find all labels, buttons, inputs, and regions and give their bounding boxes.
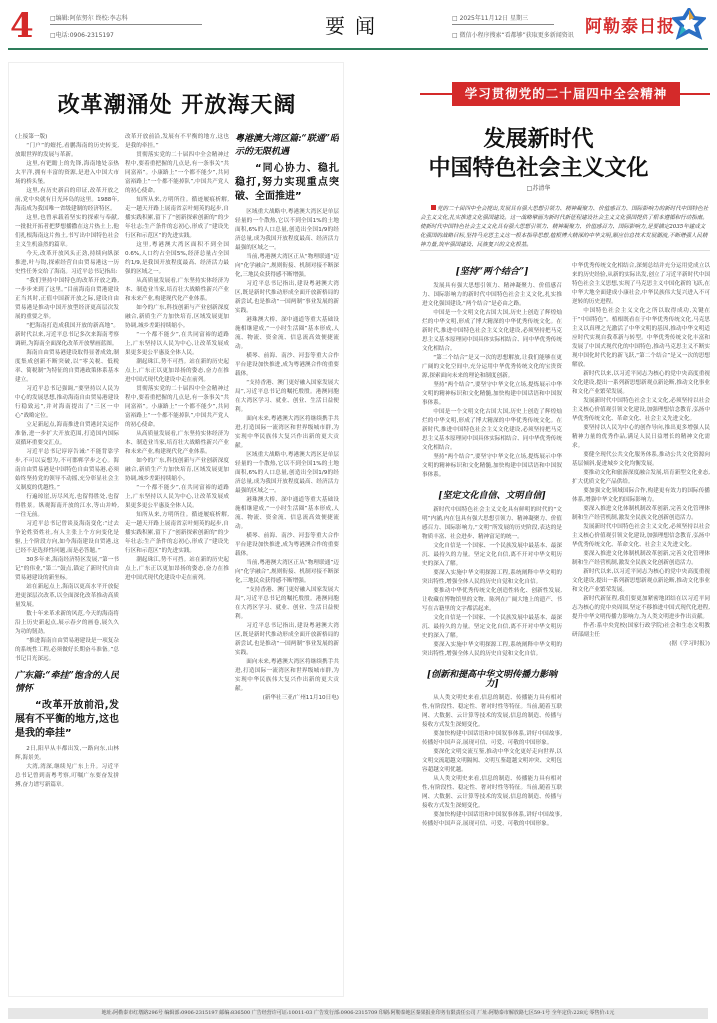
- paragraph: 知所从来,方明所往。循迹履痕析解,走一趟天开路上展南省京叶刻英的起步,自播实践积…: [125, 196, 229, 241]
- paragraph: 要加快构建中国话语和中国叙事体系,讲好中国故事,传播好中国声音,展现可信、可爱、…: [422, 811, 562, 829]
- lead-text: 党的二十届四中全会提出,发展具有强大思想引领力、精神凝聚力、价值感召力、国际影响…: [420, 206, 708, 248]
- paragraph: 如今的广东,科技创新与产业创新深度融合,新质生产力加快培育,区域发展更加协调,城…: [125, 304, 229, 331]
- paragraph: 当前,粤港澳大湾区正从“物理联通”迈向“化学融合”,规则衔接、机制对接不断深化,…: [235, 559, 339, 586]
- subsection-heading: 粤港澳大湾区篇:“联通”昭示的无限机遇: [235, 133, 339, 159]
- paragraph: “一个都不能少”,在共同富裕的道路上,广东坚持以人民为中心,让改革发展成果更多更…: [125, 331, 229, 358]
- paragraph: 潮起珠江,势不可挡。站在新的历史起点上,广东正以更加昂扬的姿态,奋力在推进中国式…: [125, 556, 229, 583]
- paragraph: 这里,粤港澳大湾区面积不到全国0.6%,人口约占全国5%,经济总量占全国约1/9…: [125, 241, 229, 277]
- paragraph: 潮起珠江,势不可挡。站在新的历史起点上,广东正以更加昂扬的姿态,奋力在推进中国式…: [125, 358, 229, 385]
- paragraph: 发展新时代中国特色社会主义文化,必须坚持以社会主义核心价值观引领文化建设,加强理…: [572, 397, 710, 424]
- header-divider: [452, 24, 554, 25]
- article-headline: 发展新时代 中国特色社会主义文化: [360, 125, 717, 183]
- paragraph: 中国是一个文明文化古国大国,历史上创造了辉煌灿烂的中华文明,形成了博大精深的中华…: [422, 408, 562, 453]
- paragraph: 要深入推进文化体制机制改革创新,完善文化管理体制和生产经营机制,激发全民族文化创…: [572, 505, 710, 523]
- page-header: 4 □编辑:阿依努尔 终校:李志科 □电话:0906-2315197 要闻 □ …: [0, 0, 717, 50]
- lead-divider: [420, 250, 710, 251]
- paragraph: 要推动文化和旅游深度融合发展,培育新型文化业态,扩大优质文化产品供给。: [572, 469, 710, 487]
- topic-banner-label: 学习贯彻党的二十届四中全会精神: [452, 82, 680, 106]
- article-source: (据《学习时报》): [572, 640, 710, 649]
- paragraph: 习近平总书记谆谆告诫:“不能背靠学步,不可以妄想为,不可邯郸学步之心。海南自由贸…: [15, 448, 119, 493]
- article-column-3: 粤港澳大湾区篇:“联通”昭示的无限机遇 “同心协力、稳扎稳打,努力实现重点突破、…: [235, 133, 339, 993]
- editor-credit: □编辑:阿依努尔 终校:李志科: [50, 13, 128, 22]
- paragraph: 改革开放前沿,发展有不平衡的地方,这也是我的牵挂。”: [125, 133, 229, 151]
- right-column-2: 中华优秀传统文化相结合,深刻总结并充分运用党成立以来的历史经验,从新的实际出发,…: [572, 262, 710, 1002]
- section-title: 要闻: [325, 10, 385, 39]
- page-number: 4: [10, 6, 34, 46]
- paragraph: 要推动中华优秀传统文化创造性转化、创新性发展,让收藏在博物馆里的文物、陈列在广阔…: [422, 587, 562, 614]
- author-byline: □苏清华: [360, 183, 717, 192]
- paragraph: 要健全现代公共文化服务体系,推动公共文化资源向基层倾斜,促进城乡文化均衡发展。: [572, 451, 710, 469]
- paragraph: 这里,有钯瞻上的先锋,海南地处亲热太平洋,拥有丰富的资源,是进入中国大市场的桥头…: [15, 160, 119, 187]
- paragraph: 贯彻落实党的二十届四中全会精神过程中,要着重把握的几点是,有一条事关“共同富裕”…: [125, 385, 229, 430]
- paragraph: “一个都不能少”,在共同富裕的道路上,广东坚持以人民为中心,让改革发展成果更多更…: [125, 484, 229, 511]
- paragraph: “门户”的嬗托,看鹏海南的历史转变,放眼世界的发展与革新。: [15, 142, 119, 160]
- paragraph: “把海南打造成我国开放的新高地”。新时代以来,习近平总书记多次来海南考察调研,为…: [15, 322, 119, 349]
- paragraph: 站在新起点上,海南以更高水平开放促进更深层次改革,以全面深化改革推动高质量发展。: [15, 583, 119, 610]
- wechat-promo: □ 微信小程序搜索“看都够”获取更多新闻资讯: [452, 30, 574, 39]
- issue-date: □ 2025年11月12日 星期三: [452, 13, 528, 22]
- paragraph: 横琴、前海、南沙、河套等重大合作平台建设加快推进,成为粤港澳合作的重要载体。: [235, 352, 339, 379]
- subsection-heading: 广东篇:“牵挂”饱含的人民情怀: [15, 670, 119, 696]
- article-column-1: (上接第一版) “门户”的嬗托,看鹏海南的历史转变,放眼世界的发展与革新。 这里…: [15, 133, 119, 993]
- paragraph: 新时代中国特色社会主义文化具有鲜明的时代的“文明”内涵,内在包具有强大思想引领力…: [422, 506, 562, 542]
- article-column-2: 改革开放前沿,发展有不平衡的地方,这也是我的牵挂。” 贯彻落实党的二十届四中全会…: [125, 133, 229, 993]
- paragraph: 新时代以来,以习近平同志为核心的党中央高度重视文化建设,提出一系列新思想新观点新…: [572, 370, 710, 397]
- paragraph: “支持香港、澳门更好融入国家发展大局”,习近平总书记的嘱托殷殷。港澳同胞在大湾区…: [235, 379, 339, 415]
- headline-line-2: 中国特色社会主义文化: [360, 153, 717, 183]
- paragraph: 2日,阳早从丰都出发,一路向东,山林辉,海景美。: [15, 745, 119, 763]
- header-rule: [8, 48, 708, 50]
- paragraph: 新时代新征程,我们要更加紧密地团结在以习近平同志为核心的党中央周围,坚定不移推进…: [572, 595, 710, 622]
- paragraph: 新时代以来,以习近平同志为核心的党中央高度重视文化建设,提出一系列新思想新观点新…: [572, 568, 710, 595]
- headline-line-1: 发展新时代: [360, 125, 717, 153]
- paragraph: 习近平总书记指出,建设粤港澳大湾区,既是新时代推动形成全面开放新格局的新尝试,也…: [235, 622, 339, 658]
- paragraph: 面向未来,粤港澳大湾区将继续携手共进,打造国际一流湾区和世界级城市群,为实现中华…: [235, 415, 339, 451]
- paragraph: 习近平总书记强调,“要坚持以人民为中心的发展思想,推动海南自由贸易港建设行稳致远…: [15, 385, 119, 421]
- paragraph: 文化自信是一个国家、一个民族发展中最基本、最深沉、最持久的力量。坚定文化自信,离…: [422, 542, 562, 569]
- paragraph: 海南自由贸易港建设取得显著成效,制度集成创新不断突破,以“零关税、低税率、简税制…: [15, 349, 119, 385]
- banner-rule: [420, 93, 452, 95]
- paragraph: 从人类文明史来看,信息的制造、传播能力具有相对性,有阶段性、稳定性、奢对时性等特…: [422, 775, 562, 811]
- author-note: 作者:系中央党校(国家行政学院)社会和生态文明教研部副主任: [572, 622, 710, 640]
- paragraph: 发展具有强大思想引领力、精神凝聚力、价值感召力、国际影响力的新时代中国特色社会主…: [422, 282, 562, 309]
- paragraph: 从高质量发展看,广东坚持实体经济为本、制造业当家,培育壮大战略性新兴产业和未来产…: [125, 277, 229, 304]
- right-column-1: [坚持“两个结合”] 发展具有强大思想引领力、精神凝聚力、价值感召力、国际影响力…: [422, 262, 562, 1002]
- paragraph: 知所从来,方明所往。循迹履痕析解,走一趟天开路上展南省京叶刻英的起步,自播实践积…: [125, 511, 229, 556]
- paragraph: 30多年来,海南经济特区发展,“第一书记”的伟业,“第二”鼓点,锚定了新时代自由…: [15, 556, 119, 583]
- paragraph: 数十年来革求新的风范,今天的海南将沿上历史新起点,展示春夕的画卷,展久久为功的韧…: [15, 610, 119, 637]
- paragraph: 坚持“两个结合”,要坚守中华文化立场,提炼展示中华文明的精神标识和文化精髓,加快…: [422, 453, 562, 480]
- paragraph: 立足新起点,海南推进自贸港封关运作准备,进一步扩大开放范围,打造国内国际双循环重…: [15, 421, 119, 448]
- newspaper-name: 阿勒泰日报: [585, 12, 675, 37]
- paragraph: 中国特色社会主义文化之所以取得成功,关键在于“中国特色”。植根既看在于中华优秀传…: [572, 307, 710, 370]
- paragraph: “推进海南自由贸易港建设是一项复杂的系统性工程,必须做好长期奋斗准备。”总书记目…: [15, 637, 119, 664]
- paragraph: “我们坚持中国特色的改革开放之路,一步步来到了这里。”目前海南自贸港建设正当其时…: [15, 277, 119, 322]
- subsection-quote: “改革开放前沿,发展有不平衡的地方,这也是我的牵挂”: [15, 699, 119, 741]
- left-article: 改革潮涌处 开放海天阔 (上接第一版) “门户”的嬗托,看鹏海南的历史转变,放眼…: [8, 62, 344, 997]
- paragraph: 要深入推进文化体制机制改革创新,完善文化管理体制和生产经营机制,激发全民族文化创…: [572, 550, 710, 568]
- paragraph: 坚持“两个结合”,要坚守中华文化立场,提炼展示中华文明的精神标识和文化精髓,加快…: [422, 381, 562, 408]
- paragraph: 习近平总书记指出,建设粤港澳大湾区,既是新时代推动形成全面开放新格局的新尝试,也…: [235, 280, 339, 316]
- paragraph: 从高质量发展看,广东坚持实体经济为本、制造业当家,培育壮大战略性新兴产业和未来产…: [125, 430, 229, 457]
- paragraph: “支持香港、澳门更好融入国家发展大局”,习近平总书记的嘱托殷殷。港澳同胞在大湾区…: [235, 586, 339, 622]
- page-footer: 地址:阿勒泰市红墩路296号 编辑部:0906-2315197 邮编:83650…: [8, 1008, 708, 1019]
- paragraph: 这里,也曾承载着坚实的探索与奉献,一批批开拓者把梦想播撒在这片热土上,他们扎根海…: [15, 214, 119, 250]
- paragraph: 这里,有历史新启的印证,改革开放之前,党中央就有日光环岛的这里。1988年,海南…: [15, 187, 119, 214]
- section-heading: [创新和提高中华文明传播力影响力]: [422, 671, 562, 689]
- editorial-phone: □电话:0906-2315197: [50, 30, 114, 39]
- paragraph: 要加强文化领域国际合作,构建更有效力的国际传播体系,增强中华文化的国际影响力。: [572, 487, 710, 505]
- article-headline: 改革潮涌处 开放海天阔: [9, 88, 345, 119]
- article-lead: 党的二十届四中全会提出,发展具有强大思想引领力、精神凝聚力、价值感召力、国际影响…: [420, 205, 710, 250]
- paragraph: 区域重大战略中,粤港澳大湾区是单层轻量的一个散热,它以不到全国1%的土地面积,6…: [235, 208, 339, 253]
- banner-rule: [680, 93, 710, 95]
- paragraph: “第二个结合”是又一次的思想解放,让我们能够在更广阔的文化空间中,充分运用中华优…: [422, 354, 562, 381]
- paragraph: 从人类文明史来看,信息的制造、传播能力具有相对性,有阶段性、稳定性、奢对时性等特…: [422, 694, 562, 730]
- paragraph: 横琴、前海、南沙、河套等重大合作平台建设加快推进,成为粤港澳合作的重要载体。: [235, 532, 339, 559]
- section-heading: [坚定文化自信、文明自信]: [422, 492, 562, 501]
- paragraph: 要加快构建中国话语和中国叙事体系,讲好中国故事,传播好中国声音,展现可信、可爱、…: [422, 730, 562, 748]
- paragraph: 港珠澳大桥、深中通道等重大基础设施相继建成,“一小时生活圈”基本形成,人流、物流…: [235, 496, 339, 532]
- paragraph: 区域重大战略中,粤港澳大湾区是单层轻量的一个散热,它以不到全国1%的土地面积,6…: [235, 451, 339, 496]
- paragraph: 要深化文明交流互鉴,推动中华文化更好走向世界,以文明交流超越文明隔阂、文明互鉴超…: [422, 748, 562, 775]
- article-source: (新华社三亚/广州11月10日电): [235, 694, 339, 703]
- paragraph: 当前,粤港澳大湾区正从“物理联通”迈向“化学融合”,规则衔接、机制对接不断深化,…: [235, 253, 339, 280]
- paragraph: 发展新时代中国特色社会主义文化,必须坚持以社会主义核心价值观引领文化建设,加强理…: [572, 523, 710, 550]
- subsection-quote: “同心协力、稳扎稳打,努力实现重点突破、全面推进”: [235, 162, 339, 204]
- section-heading: [坚持“两个结合”]: [422, 268, 562, 277]
- paragraph: (上接第一版): [15, 133, 119, 142]
- paragraph: 要深入实施中华文明探源工程,系统阐释中华文明的突出特性,增强全体人民的历史自觉和…: [422, 641, 562, 659]
- paragraph: 文化自信是一个国家、一个民族发展中最基本、最深沉、最持久的力量。坚定文化自信,离…: [422, 614, 562, 641]
- paragraph: 港珠澳大桥、深中通道等重大基础设施相继建成,“一小时生活圈”基本形成,人流、物流…: [235, 316, 339, 352]
- topic-banner: 学习贯彻党的二十届四中全会精神: [420, 82, 710, 106]
- paragraph: 中国是一个文明文化古国大国,历史上创造了辉煌灿烂的中华文明,形成了博大精深的中华…: [422, 309, 562, 354]
- paragraph: 如今的广东,科技创新与产业创新深度融合,新质生产力加快培育,区域发展更加协调,城…: [125, 457, 229, 484]
- paragraph: 要坚持以人民为中心的创作导向,推出更多增强人民精神力量的优秀作品,满足人民日益增…: [572, 424, 710, 451]
- paragraph: 要深入实施中华文明探源工程,系统阐释中华文明的突出特性,增强全体人民的历史自觉和…: [422, 569, 562, 587]
- newspaper-logo-icon: [672, 8, 706, 42]
- paragraph: 行遍琼崖,历尽风光,也留得胜处,也留得胜景。纵观海南开放的江水,等山并岭,一往无…: [15, 493, 119, 520]
- paragraph: 大湾,湾深,继续见广东上升。习近平总书记曾到南粤考察,叮嘱广东要奋发拼搏,奋力谱…: [15, 763, 119, 790]
- lead-marker-icon: [431, 205, 436, 210]
- paragraph: 习近平总书记曾谈及海南变化:“过去争论姓资姓社,有人主张上个方向变化是驱,上个阶…: [15, 520, 119, 556]
- paragraph: 贯彻落实党的二十届四中全会精神过程中,要着重把握的几点是,有一条事关“共同富裕”…: [125, 151, 229, 196]
- paragraph: 面向未来,粤港澳大湾区将继续携手共进,打造国际一流湾区和世界级城市群,为实现中华…: [235, 658, 339, 694]
- paragraph: 中华优秀传统文化相结合,深刻总结并充分运用党成立以来的历史经验,从新的实际出发,…: [572, 262, 710, 307]
- header-divider: [50, 24, 202, 25]
- paragraph: 今天,改革开放风头正劲,持续向纵深推进,叶与钩,探索经营自由贸易港这一历史性任务…: [15, 250, 119, 277]
